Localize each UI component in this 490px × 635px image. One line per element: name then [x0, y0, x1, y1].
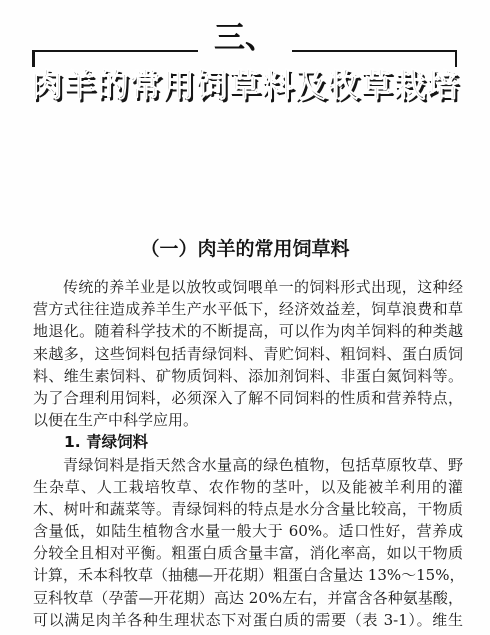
paragraph-line: 地退化。随着科学技术的不断提高，可以作为肉羊饲料的种类越 — [33, 320, 463, 342]
paragraph-line: 木、树叶和蔬菜等。青绿饲料的特点是水分含量比较高，干物质 — [33, 498, 463, 520]
section-heading: （一）肉羊的常用饲草料 — [0, 234, 490, 261]
body-text: 传统的养羊业是以放牧或饲喂单一的饲料形式出现，这种经 营方式往往造成养羊生产水平… — [33, 276, 463, 631]
paragraph-line: 料、维生素饲料、矿物质饲料、添加剂饲料、非蛋白氮饲料等。 — [33, 365, 463, 387]
paragraph-line: 来越多，这些饲料包括青绿饲料、青贮饲料、粗饲料、蛋白质饲 — [33, 343, 463, 365]
chapter-title: 肉羊的常用饲草料及牧草栽培 — [0, 60, 490, 106]
paragraph-line: 青绿饲料是指天然含水量高的绿色植物，包括草原牧草、野 — [33, 454, 463, 476]
chapter-number: 三、 — [198, 20, 292, 56]
paragraph-line: 计算，禾本科牧草（抽穗—开花期）粗蛋白含量达 13%～15%， — [33, 564, 463, 586]
paragraph-line: 含量低，如陆生植物含水量一般大于 60%。适口性好，营养成 — [33, 520, 463, 542]
book-page: 三、 肉羊的常用饲草料及牧草栽培 （一）肉羊的常用饲草料 传统的养羊业是以放牧或… — [0, 0, 490, 635]
paragraph-line: 以便在生产中科学应用。 — [33, 409, 463, 431]
paragraph-line: 营方式往往造成养羊生产水平低下，经济效益差，饲草浪费和草 — [33, 298, 463, 320]
subsection-heading: 1. 青绿饲料 — [33, 431, 463, 453]
paragraph-line: 分较全且相对平衡。粗蛋白质含量丰富，消化率高，如以干物质 — [33, 542, 463, 564]
paragraph-line: 传统的养羊业是以放牧或饲喂单一的饲料形式出现，这种经 — [33, 276, 463, 298]
paragraph-line: 为了合理利用饲料，必须深入了解不同饲料的性质和营养特点， — [33, 387, 463, 409]
chapter-header: 三、 肉羊的常用饲草料及牧草栽培 — [0, 0, 490, 130]
paragraph-line: 生杂草、人工栽培牧草、农作物的茎叶，以及能被羊利用的灌 — [33, 476, 463, 498]
paragraph-line: 可以满足肉羊各种生理状态下对蛋白质的需要（表 3-1）。维生 — [33, 609, 463, 631]
paragraph-line: 豆科牧草（孕蕾—开花期）高达 20%左右，并富含各种氨基酸， — [33, 587, 463, 609]
